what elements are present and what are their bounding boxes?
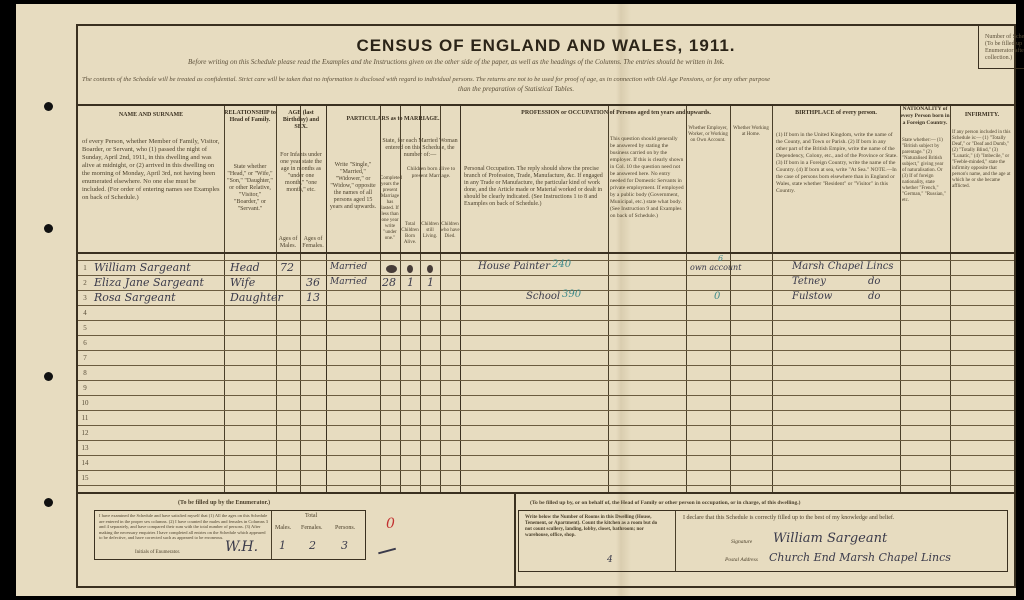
signature-label: Signature bbox=[731, 539, 752, 546]
row-number: 11 bbox=[80, 414, 90, 422]
entry-birthplace: Tetney bbox=[792, 276, 826, 287]
head-section-box: Write below the Number of Rooms in this … bbox=[518, 510, 1008, 572]
row-rule bbox=[78, 470, 1014, 471]
females-label: Females. bbox=[301, 525, 323, 532]
persons-label: Persons. bbox=[335, 525, 355, 532]
col-divider bbox=[224, 106, 225, 492]
col-divider bbox=[900, 106, 901, 492]
entry-marriage: Married bbox=[330, 277, 367, 287]
col-divider bbox=[608, 106, 609, 492]
row-rule bbox=[78, 485, 1014, 486]
entry-years-married: 28 bbox=[382, 276, 396, 289]
box-divider bbox=[271, 511, 272, 559]
row-number: 9 bbox=[80, 384, 90, 392]
row-number: 8 bbox=[80, 369, 90, 377]
entry-employer-code: 6 bbox=[718, 254, 723, 263]
col-desc-died: Children who have Died. bbox=[440, 222, 460, 240]
schedule-number-box: Number of Schedule. (To be filled up by … bbox=[978, 26, 1024, 69]
total-males: 1 bbox=[279, 539, 286, 552]
rooms-count: 4 bbox=[607, 555, 613, 565]
col-desc-nationality: State whether:— (1) "British subject by … bbox=[902, 138, 948, 204]
enumerator-heading: (To be filled up by the Enumerator.) bbox=[178, 500, 270, 507]
col-divider bbox=[950, 106, 951, 492]
box-divider bbox=[675, 511, 676, 571]
col-divider bbox=[460, 106, 461, 492]
ink-blot bbox=[407, 265, 413, 273]
row-rule bbox=[78, 395, 1014, 396]
enumerator-initials: W.H. bbox=[225, 539, 258, 555]
entry-occupation-code: 240 bbox=[552, 259, 571, 270]
entry-age-male: 72 bbox=[280, 261, 294, 274]
total-label: Total bbox=[305, 513, 317, 520]
entry-employer-code: 0 bbox=[714, 291, 720, 302]
row-rule bbox=[78, 425, 1014, 426]
col-desc-personal-occupation: Personal Occupation. The reply should sh… bbox=[464, 166, 604, 208]
col-desc-children: Children born alive to present Marriage. bbox=[402, 166, 460, 180]
col-header-name: NAME AND SURNAME bbox=[78, 112, 224, 119]
col-divider bbox=[730, 106, 731, 492]
entry-name: Eliza Jane Sargeant bbox=[94, 276, 204, 289]
row-rule bbox=[78, 305, 1014, 306]
col-desc-infirmity: If any person included in this Schedule … bbox=[952, 130, 1012, 190]
row-number: 2 bbox=[80, 279, 90, 287]
header-top-rule bbox=[78, 104, 1014, 106]
col-desc-birthplace: (1) If born in the United Kingdom, write… bbox=[776, 132, 898, 195]
col-desc-name: of every Person, whether Member of Famil… bbox=[82, 138, 220, 202]
instruction-line-1: Before writing on this Schedule please r… bbox=[188, 58, 725, 66]
col-desc-age: For Infants under one year state the age… bbox=[278, 152, 324, 194]
col-header-relationship: RELATIONSHIP to Head of Family. bbox=[224, 110, 276, 124]
pen-stroke bbox=[378, 548, 396, 554]
col-header-age: AGE (last Birthday) and SEX. bbox=[276, 110, 326, 131]
schedule-number-label: Number of Schedule. (To be filled up by … bbox=[985, 34, 1024, 62]
row-rule bbox=[78, 380, 1014, 381]
col-desc-living: Children still Living. bbox=[420, 222, 440, 240]
header-bottom-rule bbox=[78, 252, 1014, 254]
instruction-line-2: The contents of the Schedule will be tre… bbox=[82, 76, 770, 83]
col-desc-at-home: Whether Working at Home. bbox=[731, 126, 771, 138]
census-schedule-page: CENSUS OF ENGLAND AND WALES, 1911. Befor… bbox=[16, 4, 1016, 596]
footer-rule bbox=[78, 492, 1014, 494]
total-persons: 3 bbox=[341, 539, 348, 552]
entry-relationship: Daughter bbox=[230, 291, 283, 304]
enumerator-initials-label: Initials of Enumerator. bbox=[135, 549, 180, 556]
entry-birthplace-county: do bbox=[868, 276, 880, 287]
head-section-heading: (To be filled up by, or on behalf of, th… bbox=[530, 500, 800, 507]
row-number: 14 bbox=[80, 459, 90, 467]
entry-relationship: Wife bbox=[230, 276, 255, 289]
punch-hole bbox=[44, 102, 53, 111]
col-divider bbox=[772, 106, 773, 492]
row-rule bbox=[78, 365, 1014, 366]
row-rule bbox=[78, 410, 1014, 411]
row-number: 13 bbox=[80, 444, 90, 452]
col-header-birthplace: BIRTHPLACE of every person. bbox=[772, 110, 900, 117]
row-number: 10 bbox=[80, 399, 90, 407]
males-label: Males. bbox=[275, 525, 291, 532]
entry-occupation: School bbox=[526, 291, 560, 302]
col-desc-employer: Whether Employer, Worker, or Working on … bbox=[687, 126, 729, 144]
col-desc-married-woman: State, for each Married Woman entered on… bbox=[382, 138, 458, 159]
row-number: 15 bbox=[80, 474, 90, 482]
instruction-line-3: than the preparation of Statistical Tabl… bbox=[458, 85, 574, 93]
col-divider bbox=[420, 106, 421, 492]
row-rule bbox=[78, 455, 1014, 456]
row-number: 12 bbox=[80, 429, 90, 437]
postal-address: Church End Marsh Chapel Lincs bbox=[769, 551, 951, 564]
row-number: 4 bbox=[80, 309, 90, 317]
row-rule bbox=[78, 320, 1014, 321]
col-desc-relationship: State whether "Head," or "Wife," "Son," … bbox=[226, 164, 274, 213]
entry-relationship: Head bbox=[230, 261, 260, 274]
signature: William Sargeant bbox=[773, 531, 887, 546]
row-rule bbox=[78, 440, 1014, 441]
total-females: 2 bbox=[309, 539, 316, 552]
footer-divider bbox=[514, 492, 516, 586]
punch-hole bbox=[44, 372, 53, 381]
col-divider bbox=[686, 106, 687, 492]
entry-born-alive: 1 bbox=[407, 276, 414, 289]
address-label: Postal Address bbox=[725, 557, 758, 564]
punch-hole bbox=[44, 224, 53, 233]
entry-name: Rosa Sargeant bbox=[94, 291, 176, 304]
ink-blot bbox=[386, 265, 397, 273]
row-rule bbox=[78, 350, 1014, 351]
entry-birthplace: Fulstow bbox=[792, 291, 832, 302]
punch-hole bbox=[44, 498, 53, 507]
col-sub-ages-males: Ages of Males. bbox=[276, 236, 300, 250]
col-desc-marriage: Write "Single," "Married," "Widower," or… bbox=[328, 162, 378, 211]
col-desc-years-married: Completed years the present Marriage has… bbox=[380, 176, 400, 242]
entry-age-female: 13 bbox=[306, 291, 320, 304]
col-header-occupation: PROFESSION or OCCUPATION of Persons aged… bbox=[460, 110, 772, 117]
col-sub-ages-females: Ages of Females. bbox=[300, 236, 326, 250]
col-divider bbox=[440, 106, 441, 492]
page-title: CENSUS OF ENGLAND AND WALES, 1911. bbox=[78, 36, 1014, 56]
enumerator-checklist: I have examined the Schedule and have sa… bbox=[99, 513, 269, 541]
row-number: 6 bbox=[80, 339, 90, 347]
ink-blot bbox=[427, 265, 433, 273]
enumerator-box: I have examined the Schedule and have sa… bbox=[94, 510, 366, 560]
entry-age-female: 36 bbox=[306, 276, 320, 289]
declaration: I declare that this Schedule is correctl… bbox=[683, 515, 894, 522]
row-number: 3 bbox=[80, 294, 90, 302]
row-number: 7 bbox=[80, 354, 90, 362]
row-number: 5 bbox=[80, 324, 90, 332]
col-desc-industry: This question should generally be answer… bbox=[610, 136, 684, 220]
col-header-marriage: PARTICULARS as to MARRIAGE. bbox=[326, 116, 460, 123]
entry-occupation: House Painter bbox=[478, 261, 550, 272]
col-desc-born-alive: Total Children Born Alive. bbox=[400, 222, 420, 246]
col-divider bbox=[380, 106, 381, 492]
col-header-nationality: NATIONALITY of every Person born in a Fo… bbox=[900, 106, 950, 127]
entry-name: William Sargeant bbox=[94, 261, 191, 274]
schedule-frame: CENSUS OF ENGLAND AND WALES, 1911. Befor… bbox=[76, 24, 1016, 588]
rooms-instruction: Write below the Number of Rooms in this … bbox=[525, 515, 665, 539]
entry-birthplace-county: do bbox=[868, 291, 880, 302]
entry-employer-status: own account bbox=[690, 263, 741, 272]
row-rule bbox=[78, 335, 1014, 336]
red-check-mark: 0 bbox=[386, 516, 395, 532]
entry-occupation-code: 390 bbox=[562, 289, 581, 300]
row-number: 1 bbox=[80, 264, 90, 272]
entry-marriage: Married bbox=[330, 262, 367, 272]
col-header-infirmity: INFIRMITY. bbox=[950, 112, 1014, 119]
col-divider bbox=[326, 106, 327, 492]
entry-living: 1 bbox=[427, 276, 434, 289]
col-divider bbox=[400, 106, 401, 492]
entry-birthplace: Marsh Chapel Lincs bbox=[792, 261, 894, 272]
